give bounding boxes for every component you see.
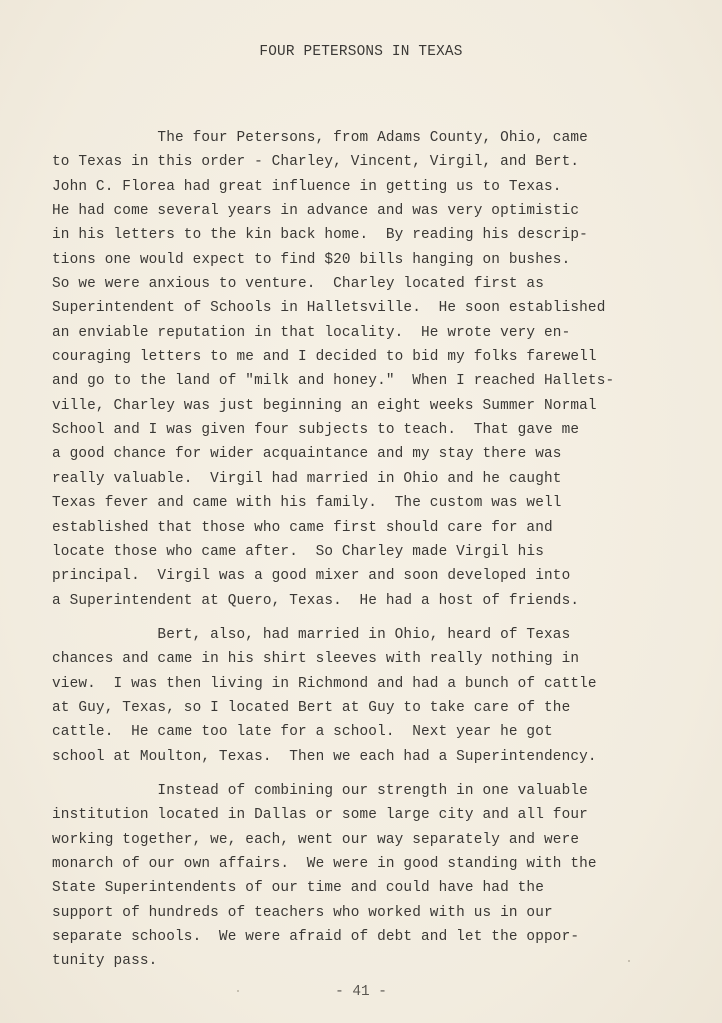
paragraph-gap — [52, 769, 712, 779]
page-number: - 41 - — [0, 984, 722, 1000]
text-line: tunity pass. — [52, 949, 712, 973]
text-line: locate those who came after. So Charley … — [52, 540, 712, 564]
paragraph: Bert, also, had married in Ohio, heard o… — [52, 623, 712, 769]
text-line: principal. Virgil was a good mixer and s… — [52, 564, 712, 588]
paper-speck — [237, 990, 239, 992]
document-page: FOUR PETERSONS IN TEXAS The four Peterso… — [0, 0, 722, 1023]
text-line: a Superintendent at Quero, Texas. He had… — [52, 589, 712, 613]
text-line: He had come several years in advance and… — [52, 199, 712, 223]
text-line: an enviable reputation in that locality.… — [52, 321, 712, 345]
text-line: to Texas in this order - Charley, Vincen… — [52, 150, 712, 174]
text-line: So we were anxious to venture. Charley l… — [52, 272, 712, 296]
text-line: separate schools. We were afraid of debt… — [52, 925, 712, 949]
text-line: The four Petersons, from Adams County, O… — [52, 126, 712, 150]
text-line: institution located in Dallas or some la… — [52, 803, 712, 827]
body-text: The four Petersons, from Adams County, O… — [52, 126, 712, 974]
paragraph: Instead of combining our strength in one… — [52, 779, 712, 974]
text-line: ville, Charley was just beginning an eig… — [52, 394, 712, 418]
paper-speck — [628, 960, 630, 962]
text-line: school at Moulton, Texas. Then we each h… — [52, 745, 712, 769]
page-title: FOUR PETERSONS IN TEXAS — [0, 44, 722, 60]
text-line: established that those who came first sh… — [52, 516, 712, 540]
paragraph: The four Petersons, from Adams County, O… — [52, 126, 712, 613]
text-line: view. I was then living in Richmond and … — [52, 672, 712, 696]
text-line: working together, we, each, went our way… — [52, 828, 712, 852]
text-line: Superintendent of Schools in Halletsvill… — [52, 296, 712, 320]
text-line: at Guy, Texas, so I located Bert at Guy … — [52, 696, 712, 720]
paragraph-gap — [52, 613, 712, 623]
text-line: monarch of our own affairs. We were in g… — [52, 852, 712, 876]
text-line: and go to the land of "milk and honey." … — [52, 369, 712, 393]
text-line: in his letters to the kin back home. By … — [52, 223, 712, 247]
text-line: Bert, also, had married in Ohio, heard o… — [52, 623, 712, 647]
text-line: School and I was given four subjects to … — [52, 418, 712, 442]
text-line: support of hundreds of teachers who work… — [52, 901, 712, 925]
text-line: Instead of combining our strength in one… — [52, 779, 712, 803]
text-line: a good chance for wider acquaintance and… — [52, 442, 712, 466]
text-line: John C. Florea had great influence in ge… — [52, 175, 712, 199]
text-line: State Superintendents of our time and co… — [52, 876, 712, 900]
text-line: chances and came in his shirt sleeves wi… — [52, 647, 712, 671]
text-line: tions one would expect to find $20 bills… — [52, 248, 712, 272]
text-line: Texas fever and came with his family. Th… — [52, 491, 712, 515]
text-line: couraging letters to me and I decided to… — [52, 345, 712, 369]
text-line: really valuable. Virgil had married in O… — [52, 467, 712, 491]
text-line: cattle. He came too late for a school. N… — [52, 720, 712, 744]
